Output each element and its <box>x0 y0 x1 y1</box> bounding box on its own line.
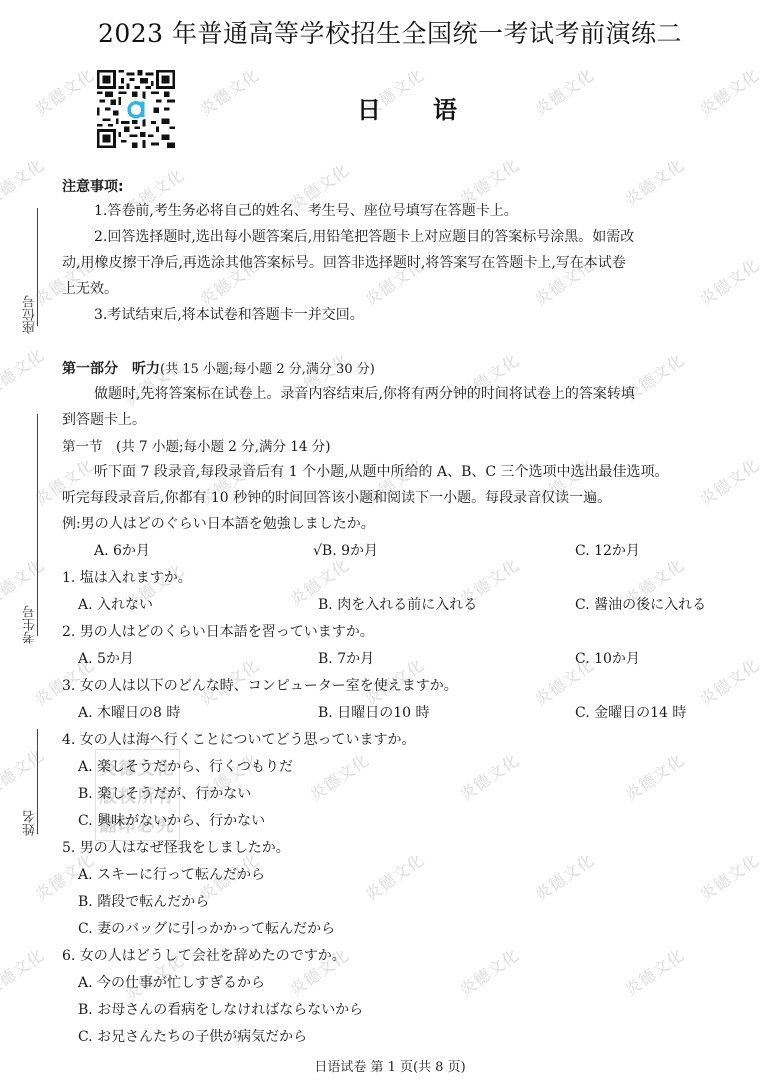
section1-instruction: 听下面 7 段录音,每段录音后有 1 个小题,从题中所给的 A、B、C 三个选项… <box>94 461 669 481</box>
question-3-option-b: B. 日曜日の10 時 <box>318 702 429 722</box>
question-5-option-b: B. 階段で転んだから <box>78 891 209 911</box>
question-4-option-a: A. 楽しそうだから、行くつもりだ <box>78 756 293 776</box>
question-1-option-b: B. 肉を入れる前に入れる <box>318 594 477 614</box>
part1-title-bold: 第一部分 听力 <box>62 361 160 377</box>
question-5-option-a: A. スキーに行って転んだから <box>78 864 265 884</box>
notice-item: 2.回答选择题时,选出每小题答案后,用铅笔把答题卡上对应题目的答案标号涂黑。如需… <box>94 226 634 246</box>
notice-item-continued: 动,用橡皮擦干净后,再选涂其他答案标号。回答非选择题时,将答案写在答题卡上,写在… <box>62 252 626 272</box>
question-4-option-b: B. 楽しそうだが、行かない <box>78 783 251 803</box>
check-mark-icon: √ <box>313 543 322 559</box>
question-4-option-c: C. 興味がないから、行かない <box>78 810 265 830</box>
notice-item-continued: 上无效。 <box>62 278 118 298</box>
part1-title: 第一部分 听力(共 15 小题;每小题 2 分,满分 30 分) <box>62 358 375 378</box>
subject-char: 日 <box>357 96 381 124</box>
exam-page: 2023 年普通高等学校招生全国统一考试考前演练二 日语 注意事项: 1.答卷前… <box>0 0 780 1086</box>
page-footer: 日语试卷 第 1 页(共 8 页) <box>0 1056 780 1075</box>
notice-item: 1.答卷前,考生务必将自己的姓名、考生号、座位号填写在答题卡上。 <box>94 200 518 220</box>
question-6-option-a: A. 今の仕事が忙しすぎるから <box>78 972 265 992</box>
notice-heading: 注意事项: <box>62 176 124 196</box>
question-1-option-a: A. 入れない <box>78 594 153 614</box>
question-2-option-b: B. 7か月 <box>318 648 374 668</box>
part1-instruction: 做题时,先将答案标在试卷上。录音内容结束后,你将有两分钟的时间将试卷上的答案转填 <box>94 383 635 403</box>
question-3-option-c: C. 金曜日の14 時 <box>575 702 686 722</box>
example-option-c: C. 12か月 <box>575 540 640 560</box>
example-option-b-label: B. 9か月 <box>322 543 378 559</box>
exam-title: 2023 年普通高等学校招生全国统一考试考前演练二 <box>0 14 780 50</box>
question-6-option-b: B. お母さんの看病をしなければならないから <box>78 999 363 1019</box>
question-2: 2. 男の人はどのくらい日本語を習っていますか。 <box>62 621 374 641</box>
example-option-b: √B. 9か月 <box>313 540 378 560</box>
question-1: 1. 塩は入れますか。 <box>62 567 192 587</box>
question-3: 3. 女の人は以下のどんな時、コンピューター室を使えますか。 <box>62 675 458 695</box>
notice-item: 3.考试结束后,将本试卷和答题卡一并交回。 <box>94 304 364 324</box>
example-option-a: A. 6か月 <box>94 540 150 560</box>
question-3-option-a: A. 木曜日の8 時 <box>78 702 180 722</box>
question-1-option-c: C. 醤油の後に入れる <box>575 594 706 614</box>
question-5-option-c: C. 妻のバッグに引っかかって転んだから <box>78 918 335 938</box>
question-6: 6. 女の人はどうして会社を辞めたのですか。 <box>62 945 346 965</box>
subject-title: 日语 <box>357 90 457 125</box>
question-5: 5. 男の人はなぜ怪我をしましたか。 <box>62 837 290 857</box>
part1-title-scoring: (共 15 小题;每小题 2 分,满分 30 分) <box>160 362 375 377</box>
example-question: 例:男の人はどのぐらい日本語を勉強しましたか。 <box>62 513 375 533</box>
question-4: 4. 女の人は海へ行くことについてどう思っていますか。 <box>62 729 416 749</box>
subject-char: 语 <box>433 96 457 124</box>
section1-instruction: 听完每段录音后,你都有 10 秒钟的时间回答该小题和阅读下一小题。每段录音仅读一… <box>62 487 611 507</box>
qr-code-icon <box>97 70 175 148</box>
question-2-option-a: A. 5か月 <box>78 648 134 668</box>
question-2-option-c: C. 10か月 <box>575 648 640 668</box>
question-6-option-c: C. お兄さんたちの子供が病気だから <box>78 1026 307 1046</box>
section1-title: 第一节 (共 7 小题;每小题 2 分,满分 14 分) <box>62 435 330 455</box>
part1-instruction: 到答题卡上。 <box>62 409 146 429</box>
